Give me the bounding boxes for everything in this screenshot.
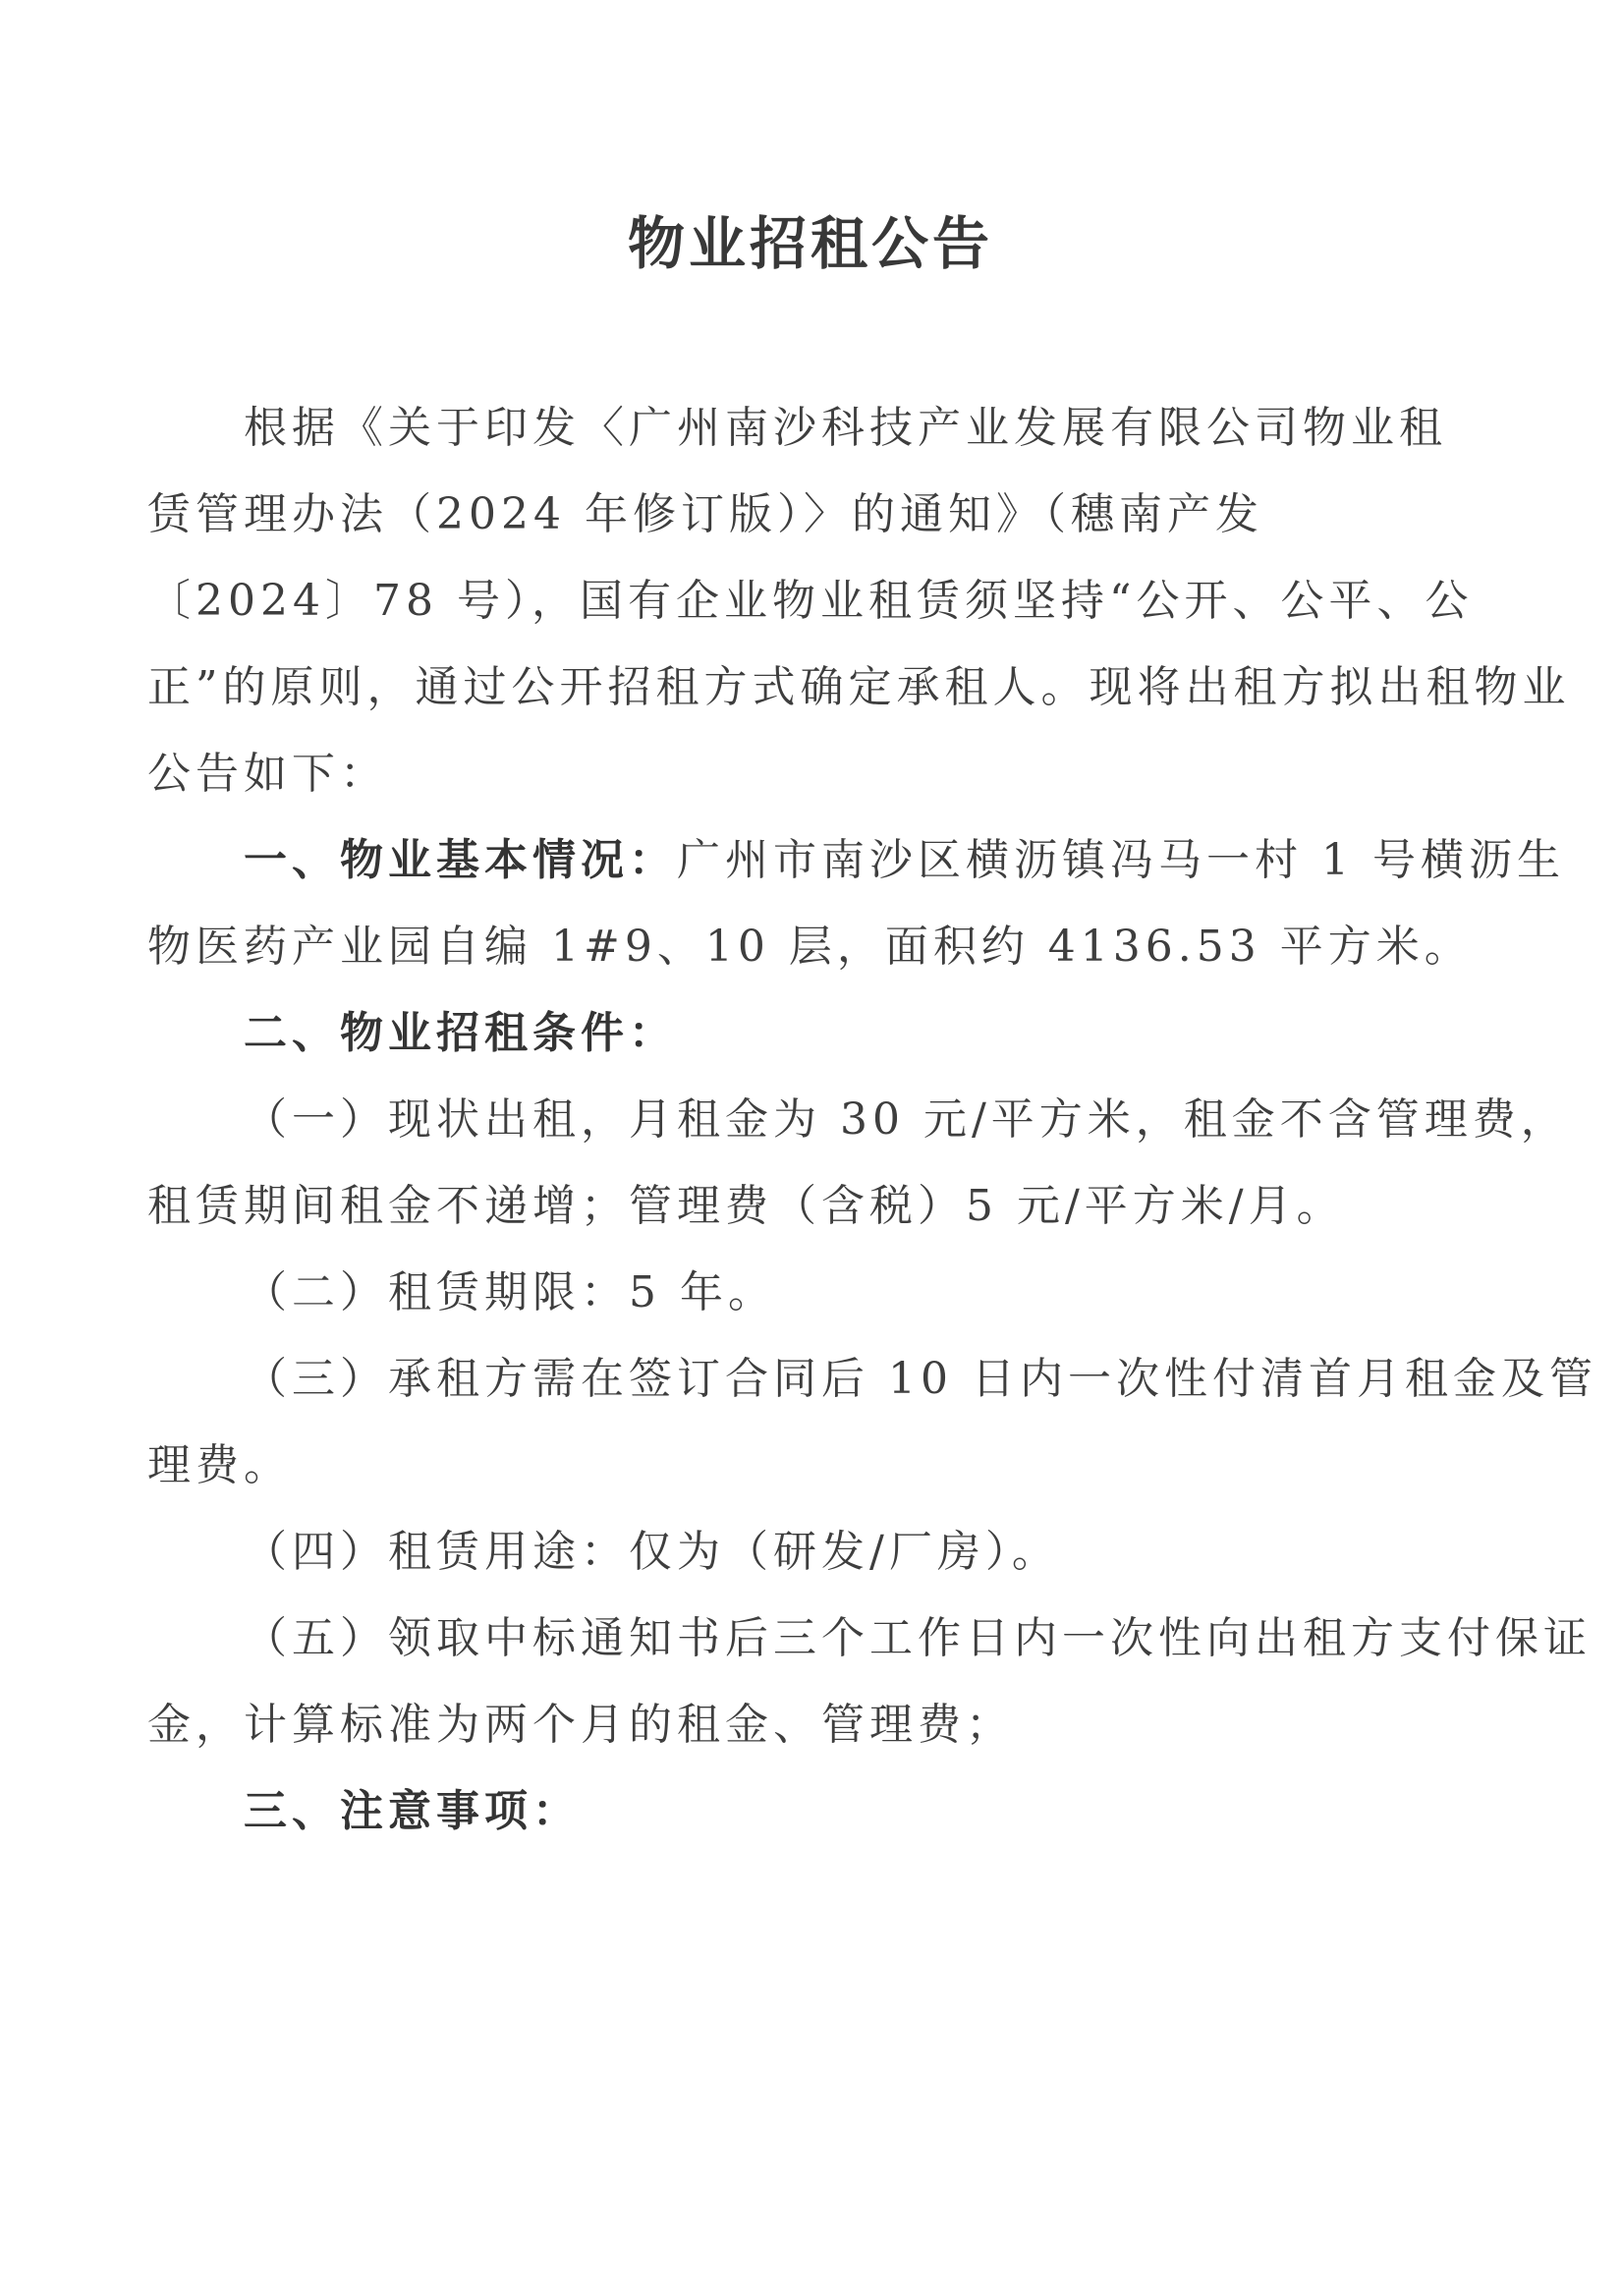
clause-2-line-1-text: （二）租赁期限：5 年。 <box>244 1267 776 1317</box>
paragraph-intro-line-1: 根据《关于印发〈广州南沙科技产业发展有限公司物业租 <box>147 385 1474 472</box>
clause-5-line-2-text: 金，计算标准为两个月的租金、管理费； <box>147 1700 1014 1750</box>
section-1-heading-label: 一、物业基本情况： <box>244 835 677 885</box>
section-3-heading-line: 三、注意事项： <box>147 1768 1474 1855</box>
intro-line-5-text: 公告如下： <box>147 749 388 799</box>
clause-1-line-1: （一）现状出租，月租金为 30 元/平方米，租金不含管理费， <box>147 1077 1474 1163</box>
clause-2-line-1: （二）租赁期限：5 年。 <box>147 1250 1474 1336</box>
clause-5-line-1-text: （五）领取中标通知书后三个工作日内一次性向出租方支付保证 <box>244 1613 1592 1663</box>
intro-line-4-text: 正”的原则，通过公开招租方式确定承租人。现将出租方拟出租物业 <box>147 662 1571 712</box>
section-1-body-text: 广州市南沙区横沥镇冯马一村 1 号横沥生 <box>677 835 1565 885</box>
clause-5-line-2: 金，计算标准为两个月的租金、管理费； <box>147 1682 1474 1768</box>
document-page: 物业招租公告 根据《关于印发〈广州南沙科技产业发展有限公司物业租 赁管理办法（2… <box>0 0 1621 2296</box>
intro-line-3-text: 〔2024〕78 号），国有企业物业租赁须坚持“公开、公平、公 <box>147 576 1473 626</box>
document-body: 根据《关于印发〈广州南沙科技产业发展有限公司物业租 赁管理办法（2024 年修订… <box>147 385 1474 1855</box>
section-2-heading-line: 二、物业招租条件： <box>147 990 1474 1077</box>
section-1-body-line-2: 物医药产业园自编 1#9、10 层，面积约 4136.53 平方米。 <box>147 904 1474 990</box>
section-1-heading-line: 一、物业基本情况：广州市南沙区横沥镇冯马一村 1 号横沥生 <box>147 817 1474 904</box>
paragraph-intro-line-5: 公告如下： <box>147 731 1474 817</box>
clause-3-line-1-text: （三）承租方需在签订合同后 10 日内一次性付清首月租金及管 <box>244 1354 1597 1404</box>
section-2-heading-label: 二、物业招租条件： <box>244 1008 677 1058</box>
paragraph-intro-line-3: 〔2024〕78 号），国有企业物业租赁须坚持“公开、公平、公 <box>147 558 1474 644</box>
section-3-heading-label: 三、注意事项： <box>244 1786 581 1836</box>
clause-3-line-1: （三）承租方需在签订合同后 10 日内一次性付清首月租金及管 <box>147 1336 1474 1423</box>
clause-3-line-2-text: 理费。 <box>147 1440 292 1490</box>
clause-3-line-2: 理费。 <box>147 1423 1474 1509</box>
clause-5-line-1: （五）领取中标通知书后三个工作日内一次性向出租方支付保证 <box>147 1596 1474 1682</box>
intro-line-1-text: 根据《关于印发〈广州南沙科技产业发展有限公司物业租 <box>244 403 1447 453</box>
clause-4-line-1: （四）租赁用途：仅为（研发/厂房）。 <box>147 1509 1474 1596</box>
clause-4-line-1-text: （四）租赁用途：仅为（研发/厂房）。 <box>244 1527 1060 1577</box>
paragraph-intro-line-4: 正”的原则，通过公开招租方式确定承租人。现将出租方拟出租物业 <box>147 644 1474 731</box>
paragraph-intro-line-2: 赁管理办法（2024 年修订版）〉的通知》（穗南产发 <box>147 472 1474 558</box>
clause-1-line-2-text: 租赁期间租金不递增；管理费（含税）5 元/平方米/月。 <box>147 1181 1345 1231</box>
clause-1-line-1-text: （一）现状出租，月租金为 30 元/平方米，租金不含管理费， <box>244 1094 1569 1145</box>
clause-1-line-2: 租赁期间租金不递增；管理费（含税）5 元/平方米/月。 <box>147 1163 1474 1250</box>
intro-line-2-text: 赁管理办法（2024 年修订版）〉的通知》（穗南产发 <box>147 489 1263 539</box>
section-1-line-2-text: 物医药产业园自编 1#9、10 层，面积约 4136.53 平方米。 <box>147 922 1473 972</box>
document-title: 物业招租公告 <box>0 200 1621 287</box>
